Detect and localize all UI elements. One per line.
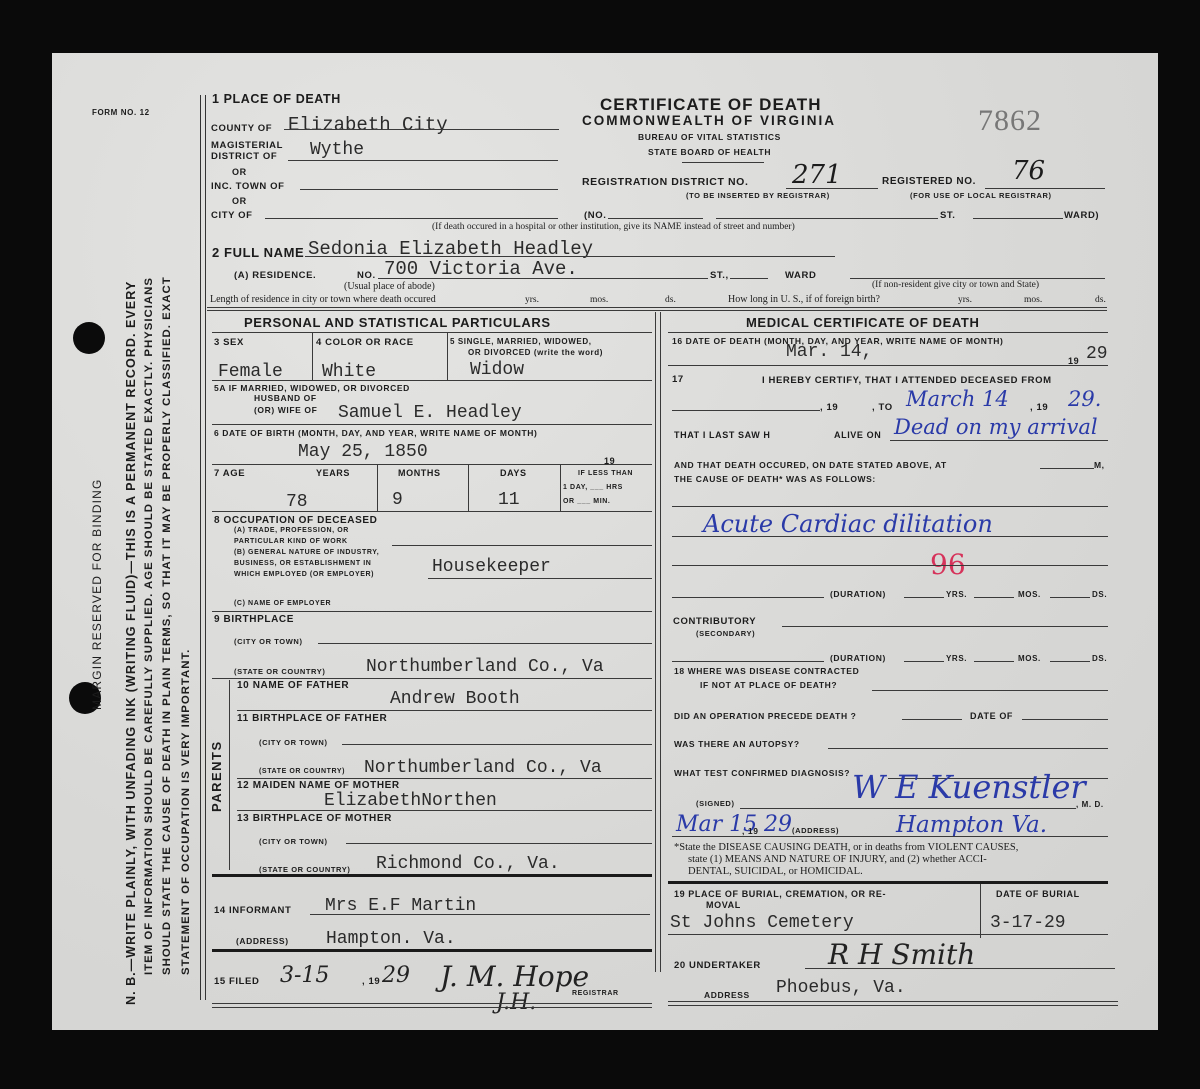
- title-underline: [682, 162, 764, 163]
- section-divider-2: [207, 310, 1107, 311]
- duration-mos-2: MOS.: [1018, 654, 1041, 663]
- footnote-2: state (1) MEANS AND NATURE OF INJURY, an…: [688, 854, 987, 865]
- town-label: INC. TOWN OF: [211, 181, 285, 192]
- to-label: , TO: [872, 402, 893, 413]
- to-value: March 14: [906, 387, 1009, 411]
- dob-label: 6 DATE OF BIRTH (MONTH, DAY, AND YEAR, W…: [214, 428, 537, 438]
- foreign-ds: ds.: [1095, 295, 1106, 305]
- contributory-line: [782, 626, 1108, 627]
- age-divider: [468, 465, 469, 511]
- bottom-line: [212, 1003, 652, 1004]
- father-bp-label: 11 BIRTHPLACE OF FATHER: [237, 713, 387, 724]
- registered-label: REGISTERED NO.: [882, 176, 976, 187]
- district-label-1: MAGISTERIAL: [211, 140, 283, 151]
- occupation-value: Housekeeper: [432, 557, 551, 577]
- foreign-yrs: yrs.: [958, 295, 972, 305]
- spouse-value: Samuel E. Headley: [338, 403, 522, 423]
- father-bp-value: Northumberland Co., Va: [364, 758, 602, 778]
- physician-address-value: Hampton Va.: [896, 812, 1047, 838]
- abode-note: (Usual place of abode): [344, 281, 435, 292]
- contracted-line: [872, 690, 1108, 691]
- days-label: DAYS: [500, 468, 527, 478]
- cause-value: Acute Cardiac dilitation: [703, 510, 993, 538]
- row-line: [212, 464, 652, 465]
- informant-label: 14 INFORMANT: [214, 905, 291, 916]
- cause-label: THE CAUSE OF DEATH* WAS AS FOLLOWS:: [674, 474, 876, 484]
- cause-line: [672, 565, 1108, 566]
- informant-line: [310, 914, 650, 915]
- row-line: [212, 380, 652, 381]
- length-mos: mos.: [590, 295, 608, 305]
- full-name-label: 2 FULL NAME: [212, 245, 304, 260]
- registrar-label: REGISTRAR: [572, 990, 619, 997]
- ward-line: [973, 218, 1063, 219]
- registrar-signature: J. M. Hope: [440, 960, 589, 993]
- district-label-2: DISTRICT OF: [211, 151, 277, 162]
- binding-margin-note: MARGIN RESERVED FOR BINDING: [90, 478, 104, 710]
- physician-signature: W E Kuenstler: [852, 768, 1086, 806]
- age-divider: [560, 465, 561, 511]
- bottom-line-2: [212, 1007, 652, 1008]
- undertaker-label: 20 UNDERTAKER: [674, 960, 761, 971]
- certificate-title: CERTIFICATE OF DEATH: [600, 95, 821, 115]
- residence-no-label: NO.: [357, 270, 376, 281]
- from-line: [672, 410, 820, 411]
- undertaker-address-value: Phoebus, Va.: [776, 978, 906, 998]
- dod-year: 29: [1086, 344, 1108, 364]
- hole-punch: [73, 322, 105, 354]
- or-2: OR: [232, 196, 247, 206]
- frame-left: [200, 95, 201, 1000]
- operation-date-label: DATE OF: [970, 711, 1013, 721]
- occupation-a1: (A) TRADE, PROFESSION, OR: [234, 527, 349, 534]
- district-value: Wythe: [310, 140, 364, 160]
- years-label: YEARS: [316, 468, 350, 478]
- residence-line: [378, 278, 708, 279]
- street-no-label: (NO.: [584, 210, 606, 221]
- duration-yrs: YRS.: [946, 590, 967, 599]
- burial-divider: [980, 884, 981, 938]
- sex-race-divider: [312, 333, 313, 381]
- sign-19: , 19: [742, 826, 759, 836]
- from-19: , 19: [820, 402, 838, 413]
- alive-on-line: [890, 440, 1108, 441]
- to-19: , 19: [1030, 402, 1048, 413]
- contracted-label-1: 18 WHERE WAS DISEASE CONTRACTED: [674, 666, 859, 676]
- occupation-a2: PARTICULAR KIND OF WORK: [234, 538, 348, 545]
- bottom-line: [668, 1001, 1118, 1002]
- dod-value: Mar. 14,: [786, 342, 872, 362]
- section-divider: [207, 307, 1107, 308]
- reg-district-note: (TO BE INSERTED BY REGISTRAR): [686, 191, 830, 200]
- race-label: 4 COLOR OR RACE: [316, 337, 414, 348]
- operation-label: DID AN OPERATION PRECEDE DEATH ?: [674, 711, 856, 721]
- mother-bp-value: Richmond Co., Va.: [376, 854, 560, 874]
- parents-label: PARENTS: [209, 740, 224, 812]
- duration-line: [672, 661, 824, 662]
- instructions-line-2: ITEM OF INFORMATION SHOULD BE CAREFULLY …: [143, 277, 155, 975]
- duration-ds-line: [1050, 661, 1090, 662]
- foreign-birth-label: How long in U. S., if of foreign birth?: [728, 294, 880, 305]
- duration-ds: DS.: [1092, 590, 1107, 599]
- occupation-b-line: [428, 578, 652, 579]
- less-than-3: OR ___ MIN.: [563, 498, 610, 505]
- employer-label: (C) NAME OF EMPLOYER: [234, 600, 331, 607]
- foreign-mos: mos.: [1024, 295, 1042, 305]
- race-marital-divider: [447, 333, 448, 381]
- signed-label: (SIGNED): [696, 799, 735, 808]
- row-line: [212, 611, 652, 612]
- duration-line: [672, 597, 824, 598]
- column-divider-2: [660, 312, 661, 972]
- filed-year-prefix: , 19: [362, 976, 380, 987]
- months-label: MONTHS: [398, 468, 441, 478]
- nonresident-note: (If non-resident give city or town and S…: [872, 280, 1039, 290]
- column-divider: [655, 312, 656, 972]
- frame-left-inner: [205, 95, 206, 1000]
- certify-label: I HEREBY CERTIFY, THAT I ATTENDED DECEAS…: [762, 375, 1052, 386]
- occupation-a-line: [392, 545, 652, 546]
- age-days-value: 11: [498, 490, 520, 510]
- section-divider-thick: [668, 881, 1108, 884]
- duration-mos: MOS.: [1018, 590, 1041, 599]
- operation-date-line: [1022, 719, 1108, 720]
- address-line: [672, 836, 1108, 837]
- occupation-label: 8 OCCUPATION OF DECEASED: [214, 515, 378, 526]
- town-line: [300, 189, 558, 190]
- operation-line: [902, 719, 962, 720]
- row-line: [237, 778, 652, 779]
- city-line: [265, 218, 558, 219]
- full-name-line: [305, 256, 835, 257]
- autopsy-label: WAS THERE AN AUTOPSY?: [674, 739, 800, 749]
- mother-bp-city-label: (CITY OR TOWN): [259, 837, 328, 846]
- birthplace-city-line: [318, 643, 652, 644]
- section-divider-thick: [212, 874, 652, 877]
- occupation-b1: (B) GENERAL NATURE OF INDUSTRY,: [234, 549, 379, 556]
- age-months-value: 9: [392, 490, 403, 510]
- age-years-value: 78: [286, 492, 308, 512]
- footnote-1: *State the DISEASE CAUSING DEATH, or in …: [674, 842, 1018, 853]
- burial-line: [668, 934, 1108, 935]
- residence-value: 700 Victoria Ave.: [384, 258, 578, 280]
- to-year: 29.: [1068, 387, 1101, 411]
- serial-number: 7862: [978, 104, 1042, 138]
- instructions-line-1: N. B.—WRITE PLAINLY, WITH UNFADING INK (…: [124, 281, 138, 1005]
- autopsy-line: [828, 748, 1108, 749]
- burial-date-value: 3-17-29: [990, 913, 1066, 933]
- nonresident-line: [850, 278, 1105, 279]
- burial-place-label-2: MOVAL: [706, 900, 741, 910]
- occupation-b2: BUSINESS, OR ESTABLISHMENT IN: [234, 560, 371, 567]
- personal-heading: PERSONAL AND STATISTICAL PARTICULARS: [244, 315, 551, 330]
- age-divider: [377, 465, 378, 511]
- occured-time-line: [1040, 468, 1094, 469]
- father-label: 10 NAME OF FATHER: [237, 680, 349, 691]
- length-of-residence-label: Length of residence in city or town wher…: [210, 294, 436, 305]
- occupation-b3: WHICH EMPLOYED (OR EMPLOYER): [234, 571, 374, 578]
- street-line: [716, 218, 938, 219]
- bureau-name: BUREAU OF VITAL STATISTICS: [638, 132, 781, 142]
- row-line: [212, 424, 652, 425]
- district-line: [288, 160, 558, 161]
- marital-label-1: 5 SINGLE, MARRIED, WIDOWED,: [450, 337, 592, 346]
- father-bp-city-label: (CITY OR TOWN): [259, 738, 328, 747]
- dob-value: May 25, 1850: [298, 442, 428, 462]
- informant-value: Mrs E.F Martin: [325, 896, 476, 916]
- registered-line: [985, 188, 1105, 189]
- contracted-label-2: IF NOT AT PLACE OF DEATH?: [700, 680, 837, 690]
- birthplace-value: Northumberland Co., Va: [366, 657, 604, 677]
- instructions-line-4: STATEMENT OF OCCUPATION IS VERY IMPORTAN…: [180, 649, 192, 975]
- duration-ds-line: [1050, 597, 1090, 598]
- certificate-subtitle: COMMONWEALTH OF VIRGINIA: [582, 113, 836, 128]
- physician-address-label: (ADDRESS): [792, 826, 839, 835]
- or-1: OR: [232, 167, 247, 177]
- test-label: WHAT TEST CONFIRMED DIAGNOSIS?: [674, 768, 850, 778]
- occured-label: AND THAT DEATH OCCURED, ON DATE STATED A…: [674, 460, 947, 470]
- sex-value: Female: [218, 362, 283, 382]
- row-line: [212, 678, 652, 679]
- hospital-note: (If death occured in a hospital or other…: [432, 222, 795, 232]
- spouse-label-1: 5A IF MARRIED, WIDOWED, OR DIVORCED: [214, 383, 410, 393]
- informant-address-label: (ADDRESS): [236, 936, 289, 946]
- spouse-label-2: HUSBAND OF: [254, 393, 317, 403]
- burial-place-label-1: 19 PLACE OF BURIAL, CREMATION, OR RE-: [674, 889, 886, 899]
- sign-year: 29: [764, 812, 792, 837]
- age-label: 7 AGE: [214, 468, 245, 479]
- reg-district-line: [786, 188, 878, 189]
- alive-on-value: Dead on my arrival: [894, 415, 1098, 439]
- undertaker-address-label: ADDRESS: [704, 990, 750, 1000]
- mother-bp-city-line: [346, 843, 652, 844]
- father-bp-state-label: (STATE OR COUNTRY): [259, 768, 345, 775]
- filed-label: 15 FILED: [214, 976, 259, 987]
- row-line: [212, 511, 652, 512]
- undertaker-signature: R H Smith: [828, 938, 975, 971]
- row-line: [237, 710, 652, 711]
- county-line: [284, 129, 559, 130]
- county-label: COUNTY OF: [211, 123, 272, 134]
- duration-label: (DURATION): [830, 589, 886, 599]
- row-line: [668, 365, 1108, 366]
- duration-ds-2: DS.: [1092, 654, 1107, 663]
- cause-line: [672, 506, 1108, 507]
- registered-note: (FOR USE OF LOCAL REGISTRAR): [910, 191, 1052, 200]
- county-value: Elizabeth City: [288, 114, 448, 136]
- mother-label: 12 MAIDEN NAME OF MOTHER: [237, 780, 400, 791]
- reg-district-label: REGISTRATION DISTRICT NO.: [582, 176, 748, 188]
- signed-line: [740, 808, 1076, 809]
- duration-label-2: (DURATION): [830, 653, 886, 663]
- length-yrs: yrs.: [525, 295, 539, 305]
- cause-line: [672, 536, 1108, 537]
- street-no-line: [608, 218, 703, 219]
- duration-mos-line: [974, 597, 1014, 598]
- race-value: White: [322, 362, 376, 382]
- informant-address-value: Hampton. Va.: [326, 929, 456, 949]
- less-than-2: 1 DAY, ___ HRS: [563, 484, 623, 491]
- duration-yrs-line: [904, 661, 944, 662]
- length-ds: ds.: [665, 295, 676, 305]
- father-value: Andrew Booth: [390, 689, 520, 709]
- footnote-3: DENTAL, SUICIDAL, or HOMICIDAL.: [688, 866, 863, 877]
- burial-date-label: DATE OF BURIAL: [996, 889, 1080, 899]
- residence-label: (A) RESIDENCE.: [234, 270, 316, 281]
- spouse-label-3: (OR) WIFE OF: [254, 405, 317, 415]
- filed-year: 29: [382, 963, 410, 988]
- filed-date: 3-15: [280, 963, 329, 988]
- row-line: [237, 810, 652, 811]
- birthplace-label: 9 BIRTHPLACE: [214, 614, 294, 625]
- last-saw-label: THAT I LAST SAW H: [674, 430, 771, 440]
- burial-place-value: St Johns Cemetery: [670, 913, 854, 933]
- place-of-death-heading: 1 PLACE OF DEATH: [212, 92, 341, 106]
- m-label: M,: [1094, 460, 1105, 470]
- personal-heading-line: [212, 332, 652, 333]
- residence-ward-label: WARD: [785, 270, 816, 281]
- residence-st-label: ST.,: [710, 270, 729, 281]
- duration-yrs-line: [904, 597, 944, 598]
- mother-bp-state-label: (STATE OR COUNTRY): [259, 865, 351, 874]
- reg-district-value: 271: [792, 160, 842, 190]
- alive-on-label: ALIVE ON: [834, 430, 881, 440]
- contributory-label: CONTRIBUTORY: [673, 616, 756, 627]
- medical-heading: MEDICAL CERTIFICATE OF DEATH: [746, 315, 979, 330]
- ward-label: WARD): [1064, 210, 1099, 221]
- certify-number: 17: [672, 374, 684, 385]
- mother-bp-label: 13 BIRTHPLACE OF MOTHER: [237, 813, 392, 824]
- instructions-line-3: SHOULD STATE THE CAUSE OF DEATH IN PLAIN…: [161, 276, 173, 975]
- sex-label: 3 SEX: [214, 337, 244, 348]
- board-name: STATE BOARD OF HEALTH: [648, 147, 771, 157]
- bottom-line-2: [668, 1005, 1118, 1006]
- secondary-label: (SECONDARY): [696, 629, 755, 638]
- birthplace-city-label: (CITY OR TOWN): [234, 637, 303, 646]
- duration-yrs-2: YRS.: [946, 654, 967, 663]
- marital-value: Widow: [470, 360, 524, 380]
- birthplace-state-label: (STATE OR COUNTRY): [234, 667, 326, 676]
- marital-label-2: OR DIVORCED (write the word): [468, 348, 603, 357]
- md-label: , M. D.: [1076, 800, 1104, 809]
- medical-heading-line: [668, 332, 1108, 333]
- street-label: ST.: [940, 210, 956, 221]
- registered-value: 76: [1012, 156, 1045, 186]
- undertaker-line: [805, 968, 1115, 969]
- section-divider-thick: [212, 949, 652, 952]
- mother-value: ElizabethNorthen: [324, 791, 497, 811]
- father-bp-city-line: [342, 744, 652, 745]
- parents-bracket: [229, 680, 230, 870]
- form-number: FORM NO. 12: [92, 108, 150, 117]
- duration-mos-line: [974, 661, 1014, 662]
- residence-st-line: [730, 278, 768, 279]
- city-label: CITY OF: [211, 210, 253, 221]
- less-than-1: IF LESS THAN: [578, 470, 633, 477]
